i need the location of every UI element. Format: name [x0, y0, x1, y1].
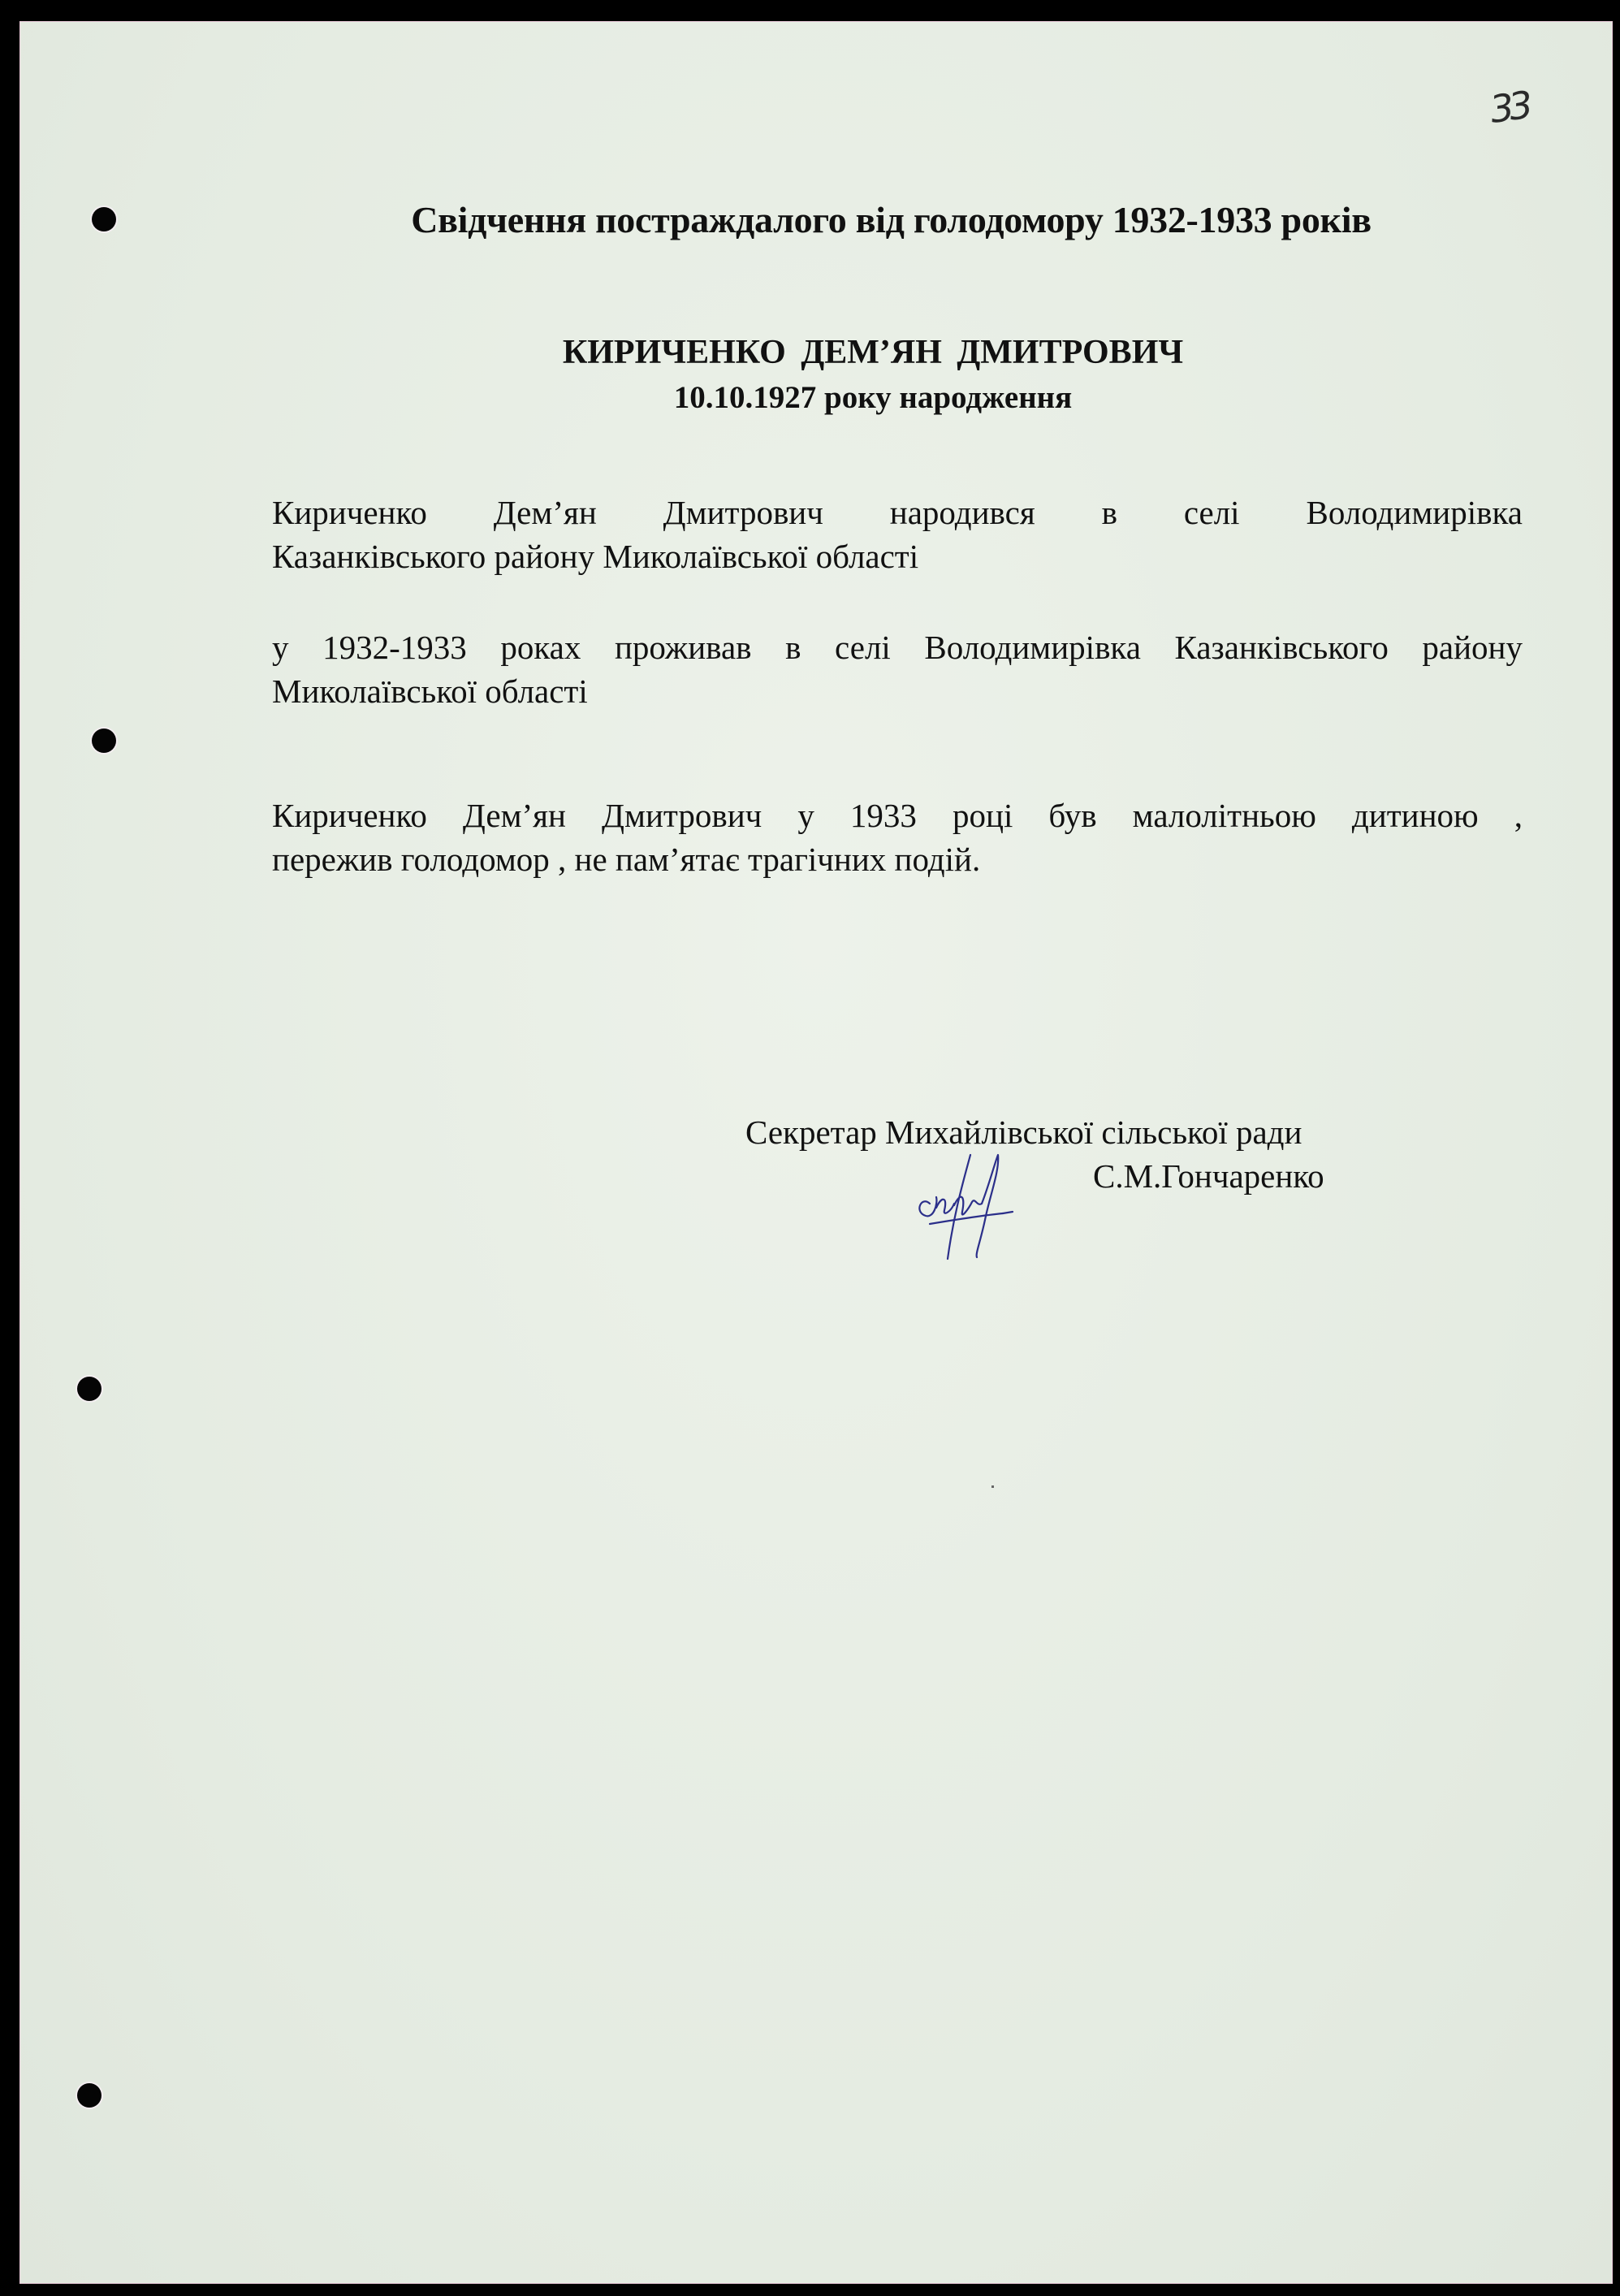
paper-speck — [991, 1485, 994, 1488]
paragraph-birthplace: Кириченко Дем’ян Дмитрович народився в с… — [272, 491, 1523, 578]
punch-hole — [77, 1377, 102, 1401]
signatory-position: Секретар Михайлівської сільської ради — [745, 1113, 1302, 1152]
paragraph-testimony: Кириченко Дем’ян Дмитрович у 1933 році б… — [272, 793, 1523, 881]
paragraph-line: Кириченко Дем’ян Дмитрович у 1933 році б… — [272, 793, 1523, 837]
paragraph-line: Казанківського району Миколаївської обла… — [272, 534, 1523, 578]
document-page: 33 Свідчення постраждалого від голодомор… — [19, 21, 1613, 2284]
handwritten-page-number: 33 — [1487, 83, 1531, 132]
person-name: КИРИЧЕНКО ДЕМ’ЯН ДМИТРОВИЧ — [20, 333, 1612, 372]
paragraph-line: Миколаївської області — [272, 669, 1523, 713]
signatory-name: С.М.Гончаренко — [1093, 1157, 1324, 1196]
document-title: Свідчення постраждалого від голодомору 1… — [20, 198, 1612, 241]
punch-hole — [77, 2083, 102, 2108]
paragraph-residence: у 1932-1933 роках проживав в селі Володи… — [272, 625, 1523, 713]
paragraph-line: у 1932-1933 роках проживав в селі Володи… — [272, 625, 1523, 669]
birth-date-line: 10.10.1927 року народження — [20, 379, 1612, 416]
handwritten-signature-icon — [897, 1147, 1060, 1260]
punch-hole — [92, 729, 116, 753]
paragraph-line: пережив голодомор , не пам’ятає трагічни… — [272, 837, 1523, 881]
paragraph-line: Кириченко Дем’ян Дмитрович народився в с… — [272, 491, 1523, 534]
